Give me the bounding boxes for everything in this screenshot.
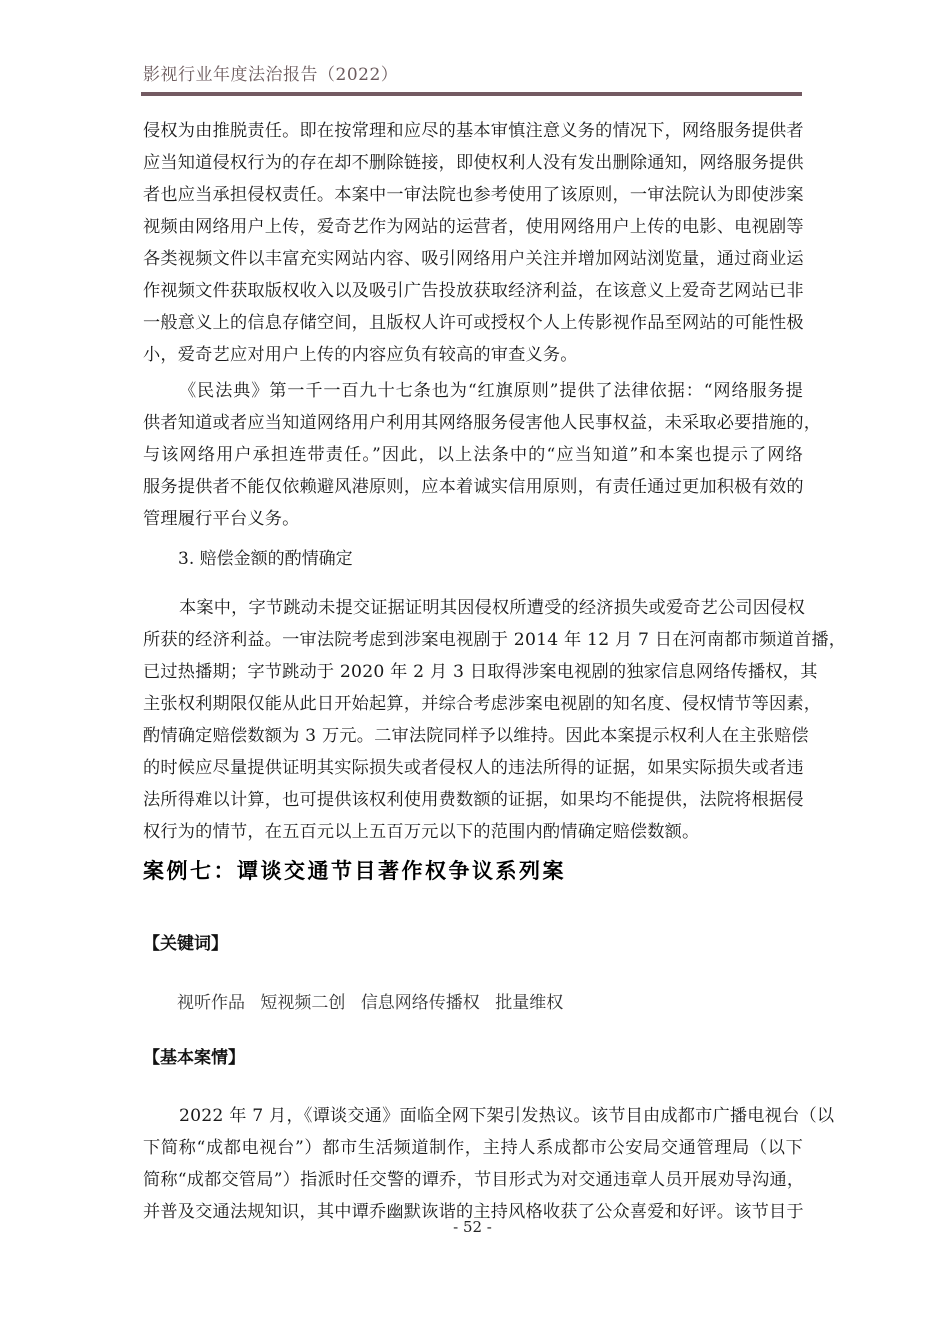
keyword: 信息网络传播权	[361, 993, 480, 1013]
text-line: 侵权为由推脱责任。即在按常理和应尽的基本审慎注意义务的情况下，网络服务提供者	[143, 115, 803, 147]
keywords-list: 视听作品 短视频二创 信息网络传播权 批量维权	[177, 988, 569, 1013]
running-header: 影视行业年度法治报告（2022）	[143, 64, 398, 86]
text-line: 本案中，字节跳动未提交证据证明其因侵权所遭受的经济损失或爱奇艺公司因侵权	[143, 592, 803, 624]
paragraph-damages: 本案中，字节跳动未提交证据证明其因侵权所遭受的经济损失或爱奇艺公司因侵权 所获的…	[143, 592, 803, 848]
keyword: 视听作品	[177, 993, 245, 1013]
text-line: 与该网络用户承担连带责任。”因此，以上法条中的“应当知道”和本案也提示了网络	[143, 439, 803, 471]
text-line: 所获的经济利益。一审法院考虑到涉案电视剧于 2014 年 12 月 7 日在河南…	[143, 624, 803, 656]
text-line: 管理履行平台义务。	[143, 503, 803, 535]
text-line: 者也应当承担侵权责任。本案中一审法院也参考使用了该原则，一审法院认为即使涉案	[143, 179, 803, 211]
text-line: 2022 年 7 月，《谭谈交通》面临全网下架引发热议。该节目由成都市广播电视台…	[143, 1100, 803, 1132]
basic-facts-heading: 【基本案情】	[143, 1043, 245, 1068]
text-line: 的时候应尽量提供证明其实际损失或者侵权人的违法所得的证据，如果实际损失或者违	[143, 752, 803, 784]
text-line: 作视频文件获取版权收入以及吸引广告投放获取经济利益，在该意义上爱奇艺网站已非	[143, 275, 803, 307]
paragraph-red-flag-principle: 侵权为由推脱责任。即在按常理和应尽的基本审慎注意义务的情况下，网络服务提供者 应…	[143, 115, 803, 371]
paragraph-basic-facts: 2022 年 7 月，《谭谈交通》面临全网下架引发热议。该节目由成都市广播电视台…	[143, 1100, 803, 1228]
text-line: 供者知道或者应当知道网络用户利用其网络服务侵害他人民事权益，未采取必要措施的，	[143, 407, 803, 439]
header-rule	[141, 92, 802, 96]
page-number: - 52 -	[0, 1218, 945, 1236]
text-line: 法所得难以计算，也可提供该权利使用费数额的证据，如果均不能提供，法院将根据侵	[143, 784, 803, 816]
text-line: 《民法典》第一千一百九十七条也为“红旗原则”提供了法律依据：“网络服务提	[143, 375, 803, 407]
text-line: 已过热播期；字节跳动于 2020 年 2 月 3 日取得涉案电视剧的独家信息网络…	[143, 656, 803, 688]
text-line: 视频由网络用户上传，爱奇艺作为网站的运营者，使用网络用户上传的电影、电视剧等	[143, 211, 803, 243]
paragraph-civil-code: 《民法典》第一千一百九十七条也为“红旗原则”提供了法律依据：“网络服务提 供者知…	[143, 375, 803, 535]
text-line: 简称“成都交管局”）指派时任交警的谭乔，节目形式为对交通违章人员开展劝导沟通，	[143, 1164, 803, 1196]
text-line: 下简称“成都电视台”）都市生活频道制作，主持人系成都市公安局交通管理局（以下	[143, 1132, 803, 1164]
case-title: 案例七：谭谈交通节目著作权争议系列案	[143, 855, 566, 885]
text-line: 服务提供者不能仅依赖避风港原则，应本着诚实信用原则，有责任通过更加积极有效的	[143, 471, 803, 503]
text-line: 主张权利期限仅能从此日开始起算，并综合考虑涉案电视剧的知名度、侵权情节等因素，	[143, 688, 803, 720]
keyword: 短视频二创	[260, 993, 345, 1013]
keywords-heading: 【关键词】	[143, 929, 228, 954]
document-page: 影视行业年度法治报告（2022） 侵权为由推脱责任。即在按常理和应尽的基本审慎注…	[0, 0, 945, 1336]
text-line: 应当知道侵权行为的存在却不删除链接，即使权利人没有发出删除通知，网络服务提供	[143, 147, 803, 179]
text-line: 权行为的情节，在五百元以上五百万元以下的范围内酌情确定赔偿数额。	[143, 816, 803, 848]
text-line: 一般意义上的信息存储空间，且版权人许可或授权个人上传影视作品至网站的可能性极	[143, 307, 803, 339]
keyword: 批量维权	[495, 993, 563, 1013]
text-line: 各类视频文件以丰富充实网站内容、吸引网络用户关注并增加网站浏览量，通过商业运	[143, 243, 803, 275]
text-line: 酌情确定赔偿数额为 3 万元。二审法院同样予以维持。因此本案提示权利人在主张赔偿	[143, 720, 803, 752]
text-line: 小，爱奇艺应对用户上传的内容应负有较高的审查义务。	[143, 339, 803, 371]
subsection-heading: 3. 赔偿金额的酌情确定	[178, 543, 353, 575]
